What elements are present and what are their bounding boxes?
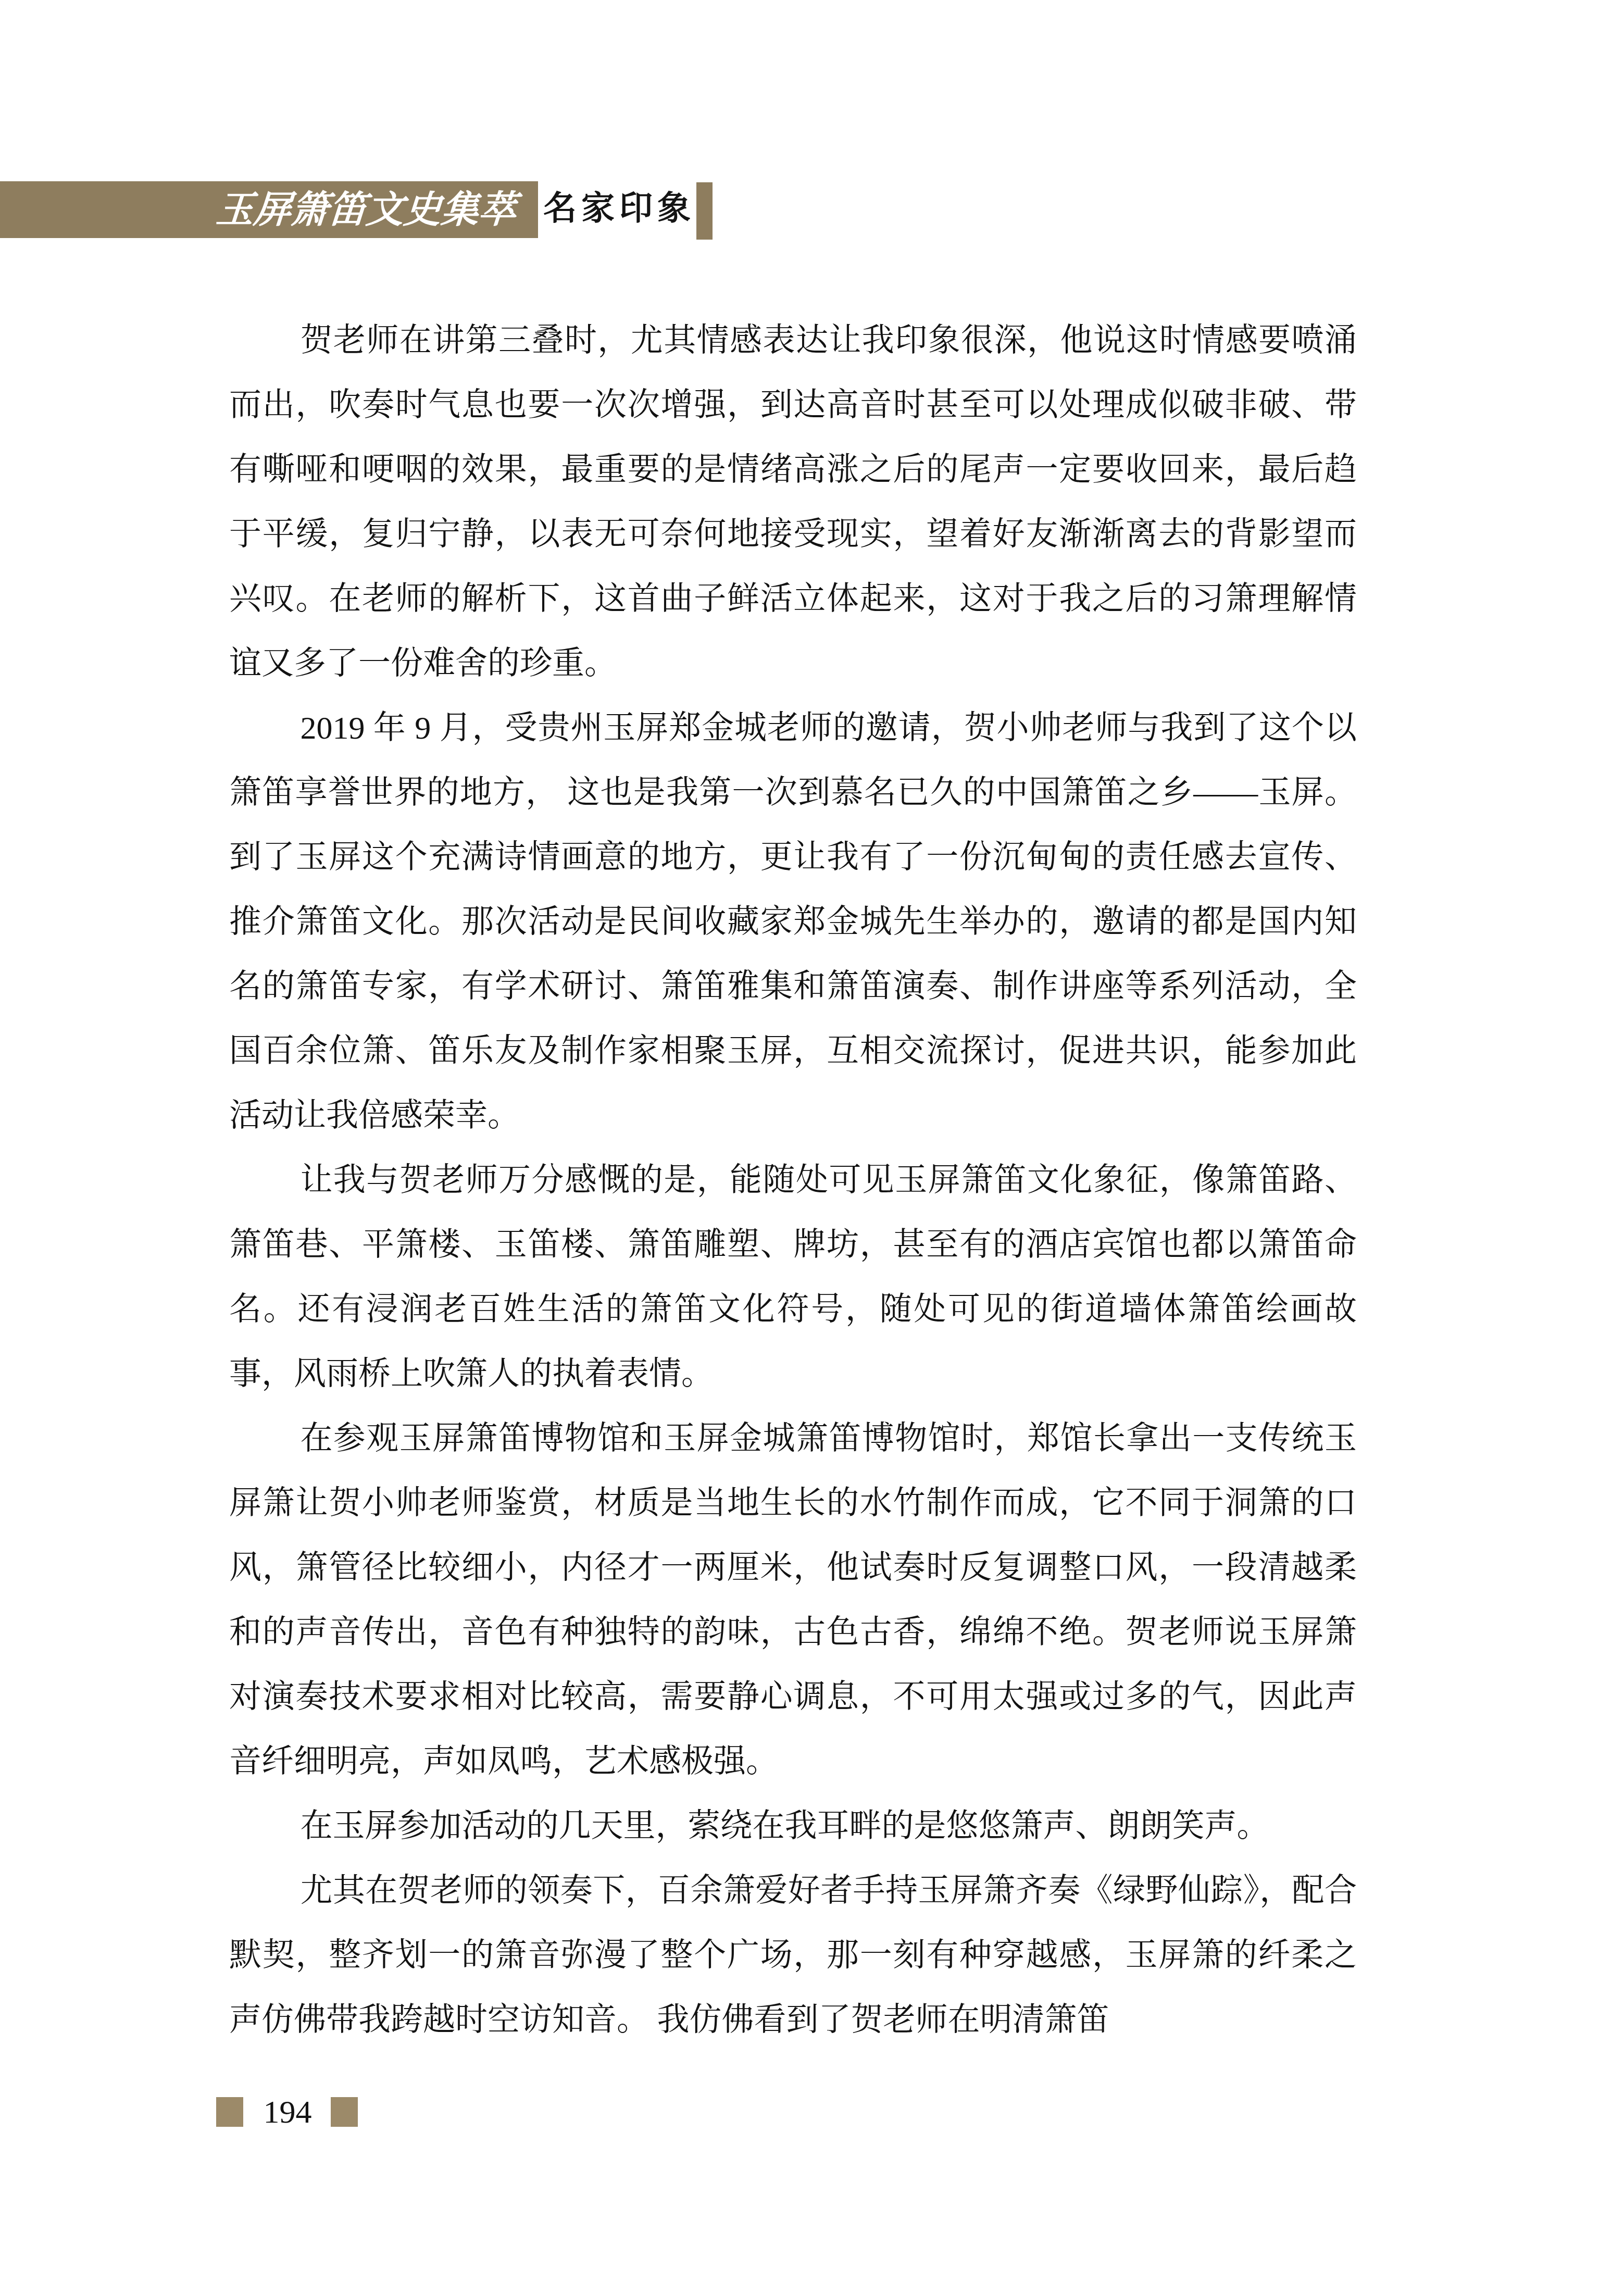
footer-right-square xyxy=(331,2097,358,2127)
body-paragraph: 贺老师在讲第三叠时，尤其情感表达让我印象很深，他说这时情感要喷涌而出，吹奏时气息… xyxy=(229,308,1357,696)
header-accent-bar xyxy=(696,182,713,240)
footer-left-square xyxy=(216,2097,243,2127)
body-paragraph: 在玉屏参加活动的几天里，萦绕在我耳畔的是悠悠箫声、朗朗笑声。 xyxy=(229,1794,1357,1859)
article-body: 贺老师在讲第三叠时，尤其情感表达让我印象很深，他说这时情感要喷涌而出，吹奏时气息… xyxy=(229,308,1357,2052)
header-banner-band: 玉屏箫笛文史集萃 xyxy=(0,181,538,238)
page-number: 194 xyxy=(251,2095,324,2129)
section-title: 名家印象 xyxy=(543,188,695,229)
body-paragraph: 尤其在贺老师的领奏下，百余箫爱好者手持玉屏箫齐奏《绿野仙踪》，配合默契，整齐划一… xyxy=(229,1859,1357,2052)
book-page: 玉屏箫笛文史集萃 名家印象 贺老师在讲第三叠时，尤其情感表达让我印象很深，他说这… xyxy=(0,0,1624,2269)
body-paragraph: 在参观玉屏箫笛博物馆和玉屏金城箫笛博物馆时，郑馆长拿出一支传统玉屏箫让贺小帅老师… xyxy=(229,1406,1357,1794)
body-paragraph: 让我与贺老师万分感慨的是，能随处可见玉屏箫笛文化象征，像箫笛路、箫笛巷、平箫楼、… xyxy=(229,1148,1357,1406)
body-paragraph: 2019 年 9 月，受贵州玉屏郑金城老师的邀请，贺小帅老师与我到了这个以箫笛享… xyxy=(229,696,1357,1148)
book-series-title: 玉屏箫笛文史集萃 xyxy=(215,191,517,229)
